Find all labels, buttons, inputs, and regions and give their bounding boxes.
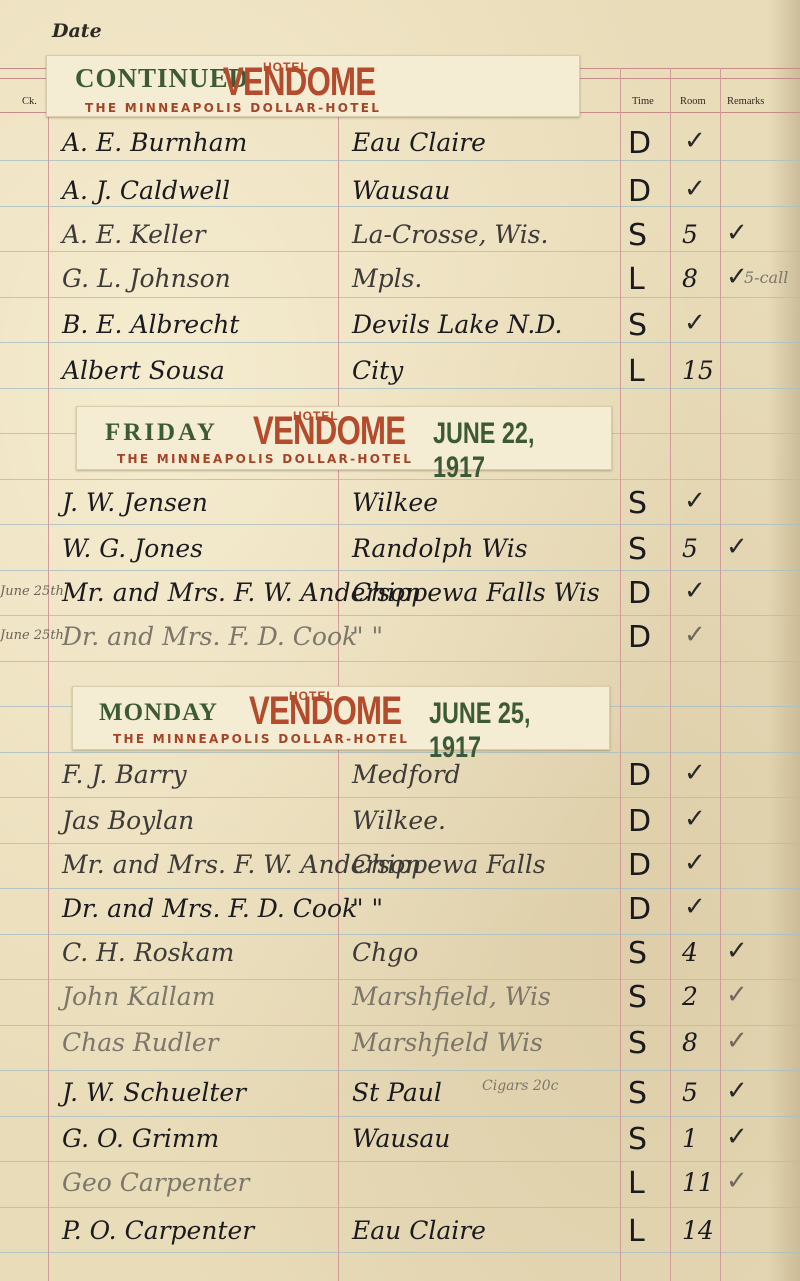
- margin-date-note: June 25th: [0, 628, 64, 643]
- guest-name: G. L. Johnson: [62, 264, 231, 293]
- hotel-label-continued: CONTINUED HOTEL VENDOME THE MINNEAPOLIS …: [46, 55, 580, 117]
- room-number: 5: [682, 1078, 698, 1107]
- guest-name: A. E. Keller: [62, 220, 206, 249]
- checkmark-icon: ✓: [684, 308, 706, 338]
- guest-residence: Marshfield Wis: [352, 1028, 543, 1057]
- guest-residence: Chippewa Falls Wis: [352, 578, 600, 607]
- time-code: S: [628, 1076, 647, 1111]
- guest-name: Dr. and Mrs. F. D. Cook: [62, 622, 357, 651]
- checkmark-icon: ✓: [684, 804, 706, 834]
- guest-name: F. J. Barry: [62, 760, 187, 789]
- label-prefix: FRIDAY: [105, 419, 218, 447]
- column-header-ck: Ck.: [22, 96, 37, 107]
- guest-residence: Randolph Wis: [352, 534, 528, 563]
- column-rule: [720, 68, 721, 1281]
- remark-note: 5-call: [744, 268, 788, 287]
- label-date: JUNE 22, 1917: [433, 417, 572, 485]
- line-rule: [0, 342, 800, 343]
- guest-name: A. E. Burnham: [62, 128, 247, 157]
- room-number: 8: [682, 264, 698, 293]
- guest-residence: " ": [352, 894, 383, 923]
- hotel-label-friday: FRIDAY HOTEL VENDOME JUNE 22, 1917 THE M…: [76, 406, 612, 470]
- guest-name: Geo Carpenter: [62, 1168, 249, 1197]
- guest-residence: Devils Lake N.D.: [352, 310, 562, 339]
- charge-note: Cigars 20c: [482, 1078, 558, 1094]
- guest-residence: Medford: [352, 760, 461, 789]
- checkmark-icon: ✓: [726, 1122, 748, 1152]
- checkmark-icon: ✓: [726, 980, 748, 1010]
- label-tagline: THE MINNEAPOLIS DOLLAR-HOTEL: [113, 732, 409, 746]
- guest-residence: St Paul: [352, 1078, 442, 1107]
- label-date: JUNE 25, 1917: [429, 697, 569, 765]
- line-rule: [0, 388, 800, 389]
- checkmark-icon: ✓: [726, 1166, 748, 1196]
- line-rule: [0, 1070, 800, 1071]
- room-number: 15: [682, 356, 714, 385]
- room-number: 14: [682, 1216, 714, 1245]
- guest-residence: Wausau: [352, 176, 450, 205]
- line-rule: [0, 661, 800, 662]
- checkmark-icon: ✓: [684, 620, 706, 650]
- label-prefix: MONDAY: [99, 699, 218, 727]
- guest-name: B. E. Albrecht: [62, 310, 239, 339]
- time-code: S: [628, 1122, 647, 1157]
- line-rule: [0, 843, 800, 844]
- room-number: 1: [682, 1124, 698, 1153]
- time-code: L: [628, 1214, 645, 1249]
- line-rule: [0, 570, 800, 571]
- column-header-time: Time: [632, 96, 654, 107]
- line-rule: [0, 524, 800, 525]
- checkmark-icon: ✓: [684, 486, 706, 516]
- guest-name: J. W. Jensen: [62, 488, 208, 517]
- guest-name: G. O. Grimm: [62, 1124, 219, 1153]
- time-code: S: [628, 308, 647, 343]
- room-number: 8: [682, 1028, 698, 1057]
- column-rule: [670, 68, 671, 1281]
- label-tagline: THE MINNEAPOLIS DOLLAR-HOTEL: [85, 101, 381, 115]
- line-rule: [0, 251, 800, 252]
- label-brand: VENDOME: [223, 60, 375, 105]
- guest-name: W. G. Jones: [62, 534, 203, 563]
- date-heading: Date: [52, 20, 102, 42]
- guest-residence: Wilkee.: [352, 806, 446, 835]
- time-code: D: [628, 174, 651, 209]
- time-code: L: [628, 1166, 645, 1201]
- time-code: D: [628, 126, 651, 161]
- guest-residence: Mpls.: [352, 264, 422, 293]
- line-rule: [0, 1207, 800, 1208]
- checkmark-icon: ✓: [684, 758, 706, 788]
- column-rule: [48, 68, 49, 1281]
- guest-residence: City: [352, 356, 403, 385]
- label-tagline: THE MINNEAPOLIS DOLLAR-HOTEL: [117, 452, 413, 466]
- time-code: L: [628, 354, 645, 389]
- line-rule: [0, 297, 800, 298]
- room-number: 2: [682, 982, 698, 1011]
- line-rule: [0, 160, 800, 161]
- room-number: 5: [682, 220, 698, 249]
- checkmark-icon: ✓: [684, 892, 706, 922]
- time-code: S: [628, 936, 647, 971]
- checkmark-icon: ✓: [726, 218, 748, 248]
- time-code: D: [628, 620, 651, 655]
- line-rule: [0, 1252, 800, 1253]
- line-rule: [0, 1025, 800, 1026]
- guest-name: J. W. Schuelter: [62, 1078, 246, 1107]
- guest-residence: Marshfield, Wis: [352, 982, 551, 1011]
- line-rule: [0, 479, 800, 480]
- guest-name: Dr. and Mrs. F. D. Cook: [62, 894, 357, 923]
- guest-name: John Kallam: [62, 982, 215, 1011]
- margin-date-note: June 25th: [0, 584, 64, 599]
- line-rule: [0, 797, 800, 798]
- guest-name: Chas Rudler: [62, 1028, 219, 1057]
- checkmark-icon: ✓: [726, 1026, 748, 1056]
- guest-residence: Eau Claire: [352, 1216, 486, 1245]
- time-code: S: [628, 980, 647, 1015]
- column-header-room: Room: [680, 96, 706, 107]
- time-code: D: [628, 576, 651, 611]
- ledger-page: Date Ck. Time Room Remarks CONTINUED HOT…: [0, 0, 800, 1281]
- guest-name: Albert Sousa: [62, 356, 225, 385]
- line-rule: [0, 752, 800, 753]
- line-rule: [0, 979, 800, 980]
- label-brand: VENDOME: [249, 689, 401, 734]
- label-brand: VENDOME: [253, 409, 405, 454]
- line-rule: [0, 888, 800, 889]
- time-code: D: [628, 804, 651, 839]
- room-number: 5: [682, 534, 698, 563]
- guest-residence: Eau Claire: [352, 128, 486, 157]
- guest-name: P. O. Carpenter: [62, 1216, 254, 1245]
- guest-residence: Wausau: [352, 1124, 450, 1153]
- hotel-label-monday: MONDAY HOTEL VENDOME JUNE 25, 1917 THE M…: [72, 686, 610, 750]
- checkmark-icon: ✓: [684, 576, 706, 606]
- time-code: D: [628, 892, 651, 927]
- line-rule: [0, 1161, 800, 1162]
- checkmark-icon: ✓: [684, 174, 706, 204]
- guest-residence: Wilkee: [352, 488, 438, 517]
- guest-name: Jas Boylan: [62, 806, 194, 835]
- line-rule: [0, 206, 800, 207]
- guest-residence: Chgo: [352, 938, 418, 967]
- checkmark-icon: ✓: [726, 532, 748, 562]
- room-number: 11: [682, 1168, 714, 1197]
- checkmark-icon: ✓: [684, 848, 706, 878]
- guest-residence: " ": [352, 622, 383, 651]
- guest-residence: Chippewa Falls: [352, 850, 546, 879]
- checkmark-icon: ✓: [726, 1076, 748, 1106]
- line-rule: [0, 615, 800, 616]
- guest-name: A. J. Caldwell: [62, 176, 230, 205]
- checkmark-icon: ✓: [684, 126, 706, 156]
- time-code: L: [628, 262, 645, 297]
- time-code: D: [628, 848, 651, 883]
- time-code: S: [628, 1026, 647, 1061]
- room-number: 4: [682, 938, 698, 967]
- time-code: D: [628, 758, 651, 793]
- guest-residence: La-Crosse, Wis.: [352, 220, 548, 249]
- time-code: S: [628, 486, 647, 521]
- line-rule: [0, 934, 800, 935]
- column-rule: [338, 68, 339, 1281]
- column-rule: [620, 68, 621, 1281]
- time-code: S: [628, 532, 647, 567]
- column-header-remarks: Remarks: [727, 96, 764, 107]
- guest-name: C. H. Roskam: [62, 938, 234, 967]
- line-rule: [0, 1116, 800, 1117]
- time-code: S: [628, 218, 647, 253]
- checkmark-icon: ✓: [726, 936, 748, 966]
